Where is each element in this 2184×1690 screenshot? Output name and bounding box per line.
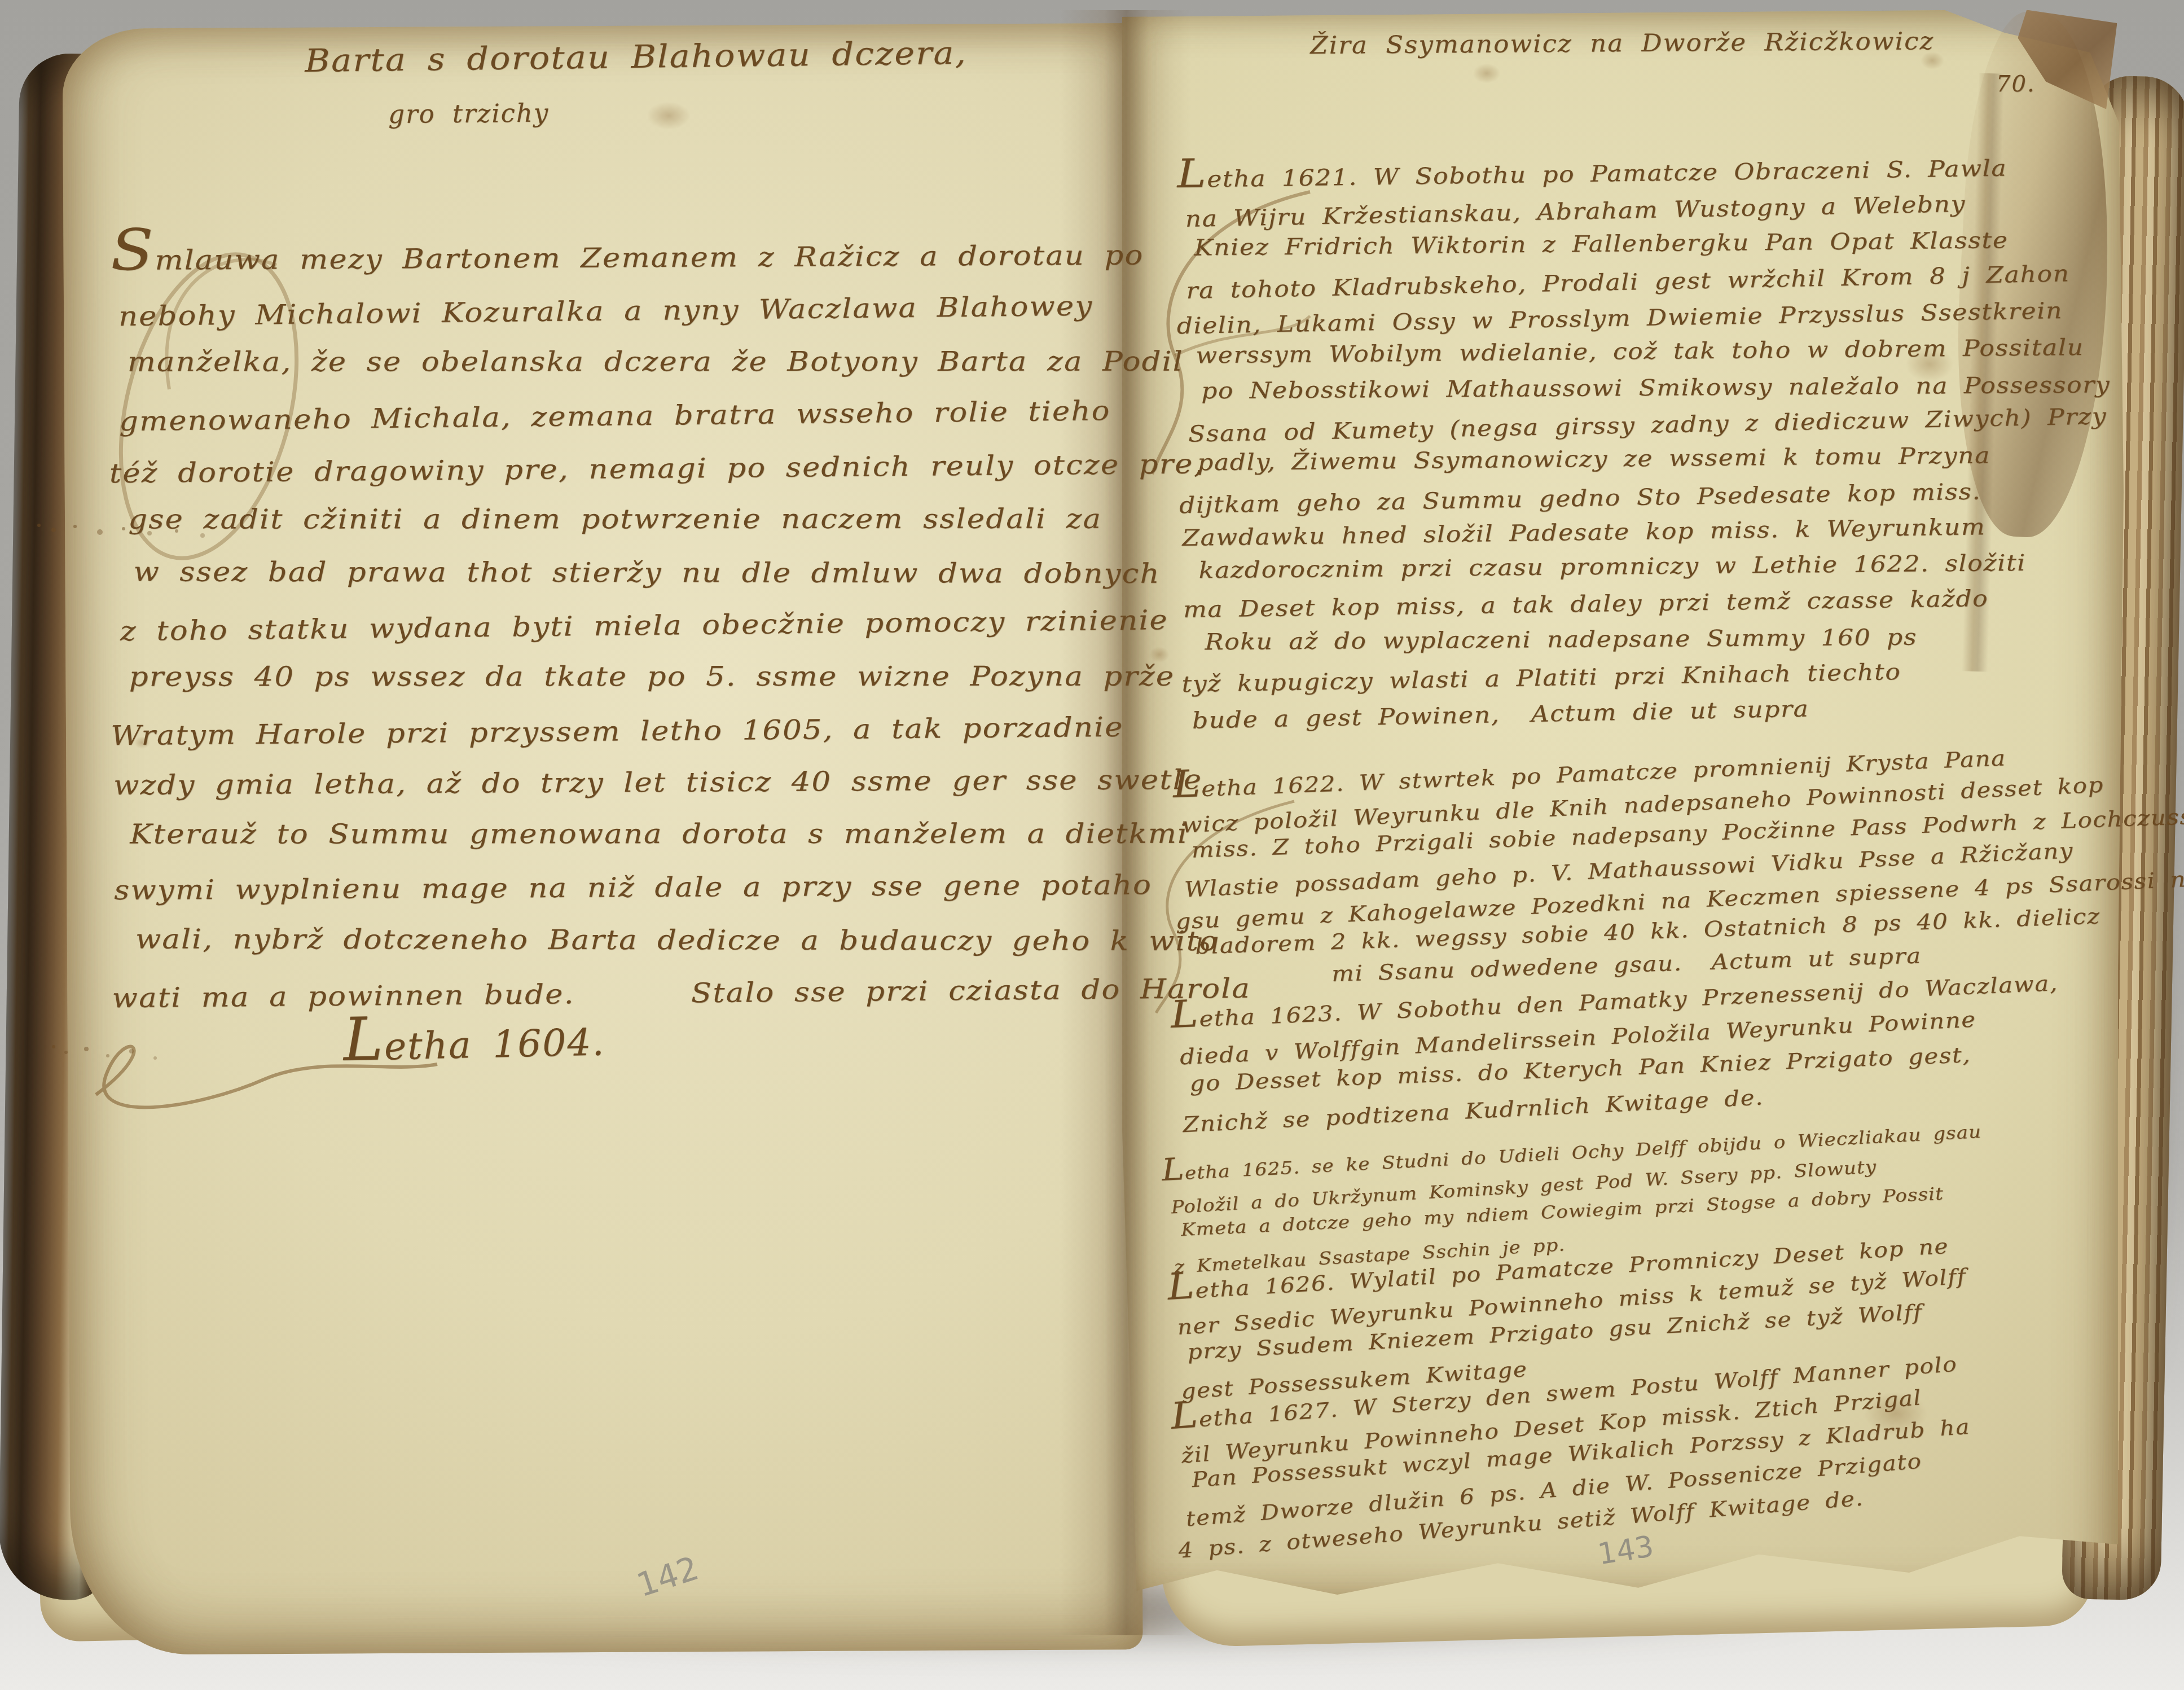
manuscript-line: nebohy Michalowi Kozuralka a nyny Waczla… bbox=[118, 279, 1167, 343]
right-page-header: Žira Ssymanowicz na Dworže Ržicžkowicz bbox=[1310, 27, 1935, 60]
manuscript-photo: Barta s dorotau Blahowau dczera, gro trz… bbox=[0, 0, 2184, 1690]
manuscript-line: preyss 40 ps wssez da tkate po 5. ssme w… bbox=[129, 651, 1178, 704]
manuscript-line: wali, nybrž dotczeneho Barta dedicze a b… bbox=[135, 913, 1184, 968]
left-page-date: Letha 1604. bbox=[343, 1020, 605, 1069]
stain bbox=[638, 96, 700, 135]
manuscript-line: wzdy gmia letha, až do trzy let tisicz 4… bbox=[113, 754, 1162, 812]
ink-speckles bbox=[37, 524, 41, 527]
stain bbox=[1467, 59, 1506, 87]
manuscript-line: manželka, že se obelanska dczera že Boty… bbox=[128, 336, 1176, 389]
manuscript-line: wati ma a powinnen bude. Stalo sse przi … bbox=[112, 963, 1161, 1025]
entry-1621: Letha 1621. W Sobothu po Pamatcze Obracz… bbox=[1177, 148, 2184, 736]
manuscript-line: gmenowaneho Michala, zemana bratra wsseh… bbox=[118, 384, 1168, 448]
entry-1622: Letha 1622. W stwrtek po Pamatcze promni… bbox=[1172, 735, 2184, 999]
manuscript-line: Wratym Harole przi przyssem letho 1605, … bbox=[111, 701, 1160, 762]
manuscript-line: Smlauwa mezy Bartonem Zemanem z Ražicz a… bbox=[111, 229, 1159, 287]
ink-speckles bbox=[52, 1045, 55, 1048]
manuscript-line: Kterauž to Summu gmenowana dorota s manž… bbox=[130, 808, 1179, 861]
manuscript-line: Letha 1604. bbox=[343, 1020, 605, 1069]
folio-number: 70. bbox=[1996, 71, 2036, 97]
left-page-subtitle: gro trzichy bbox=[388, 98, 549, 129]
manuscript-line: gse zadit cžiniti a dinem potwrzenie nac… bbox=[128, 493, 1177, 546]
left-page-body: Smlauwa mezy Bartonem Zemanem z Ražicz a… bbox=[111, 229, 1163, 1022]
manuscript-line: w ssez bad prawa thot stieržy nu dle dml… bbox=[133, 546, 1182, 600]
manuscript-line: též dorotie dragowiny pre, nemagi po sed… bbox=[109, 438, 1158, 500]
manuscript-line: z toho statku wydana byti miela obecžnie… bbox=[120, 594, 1169, 658]
manuscript-line: swymi wyplnienu mage na niž dale a przy … bbox=[114, 859, 1163, 917]
